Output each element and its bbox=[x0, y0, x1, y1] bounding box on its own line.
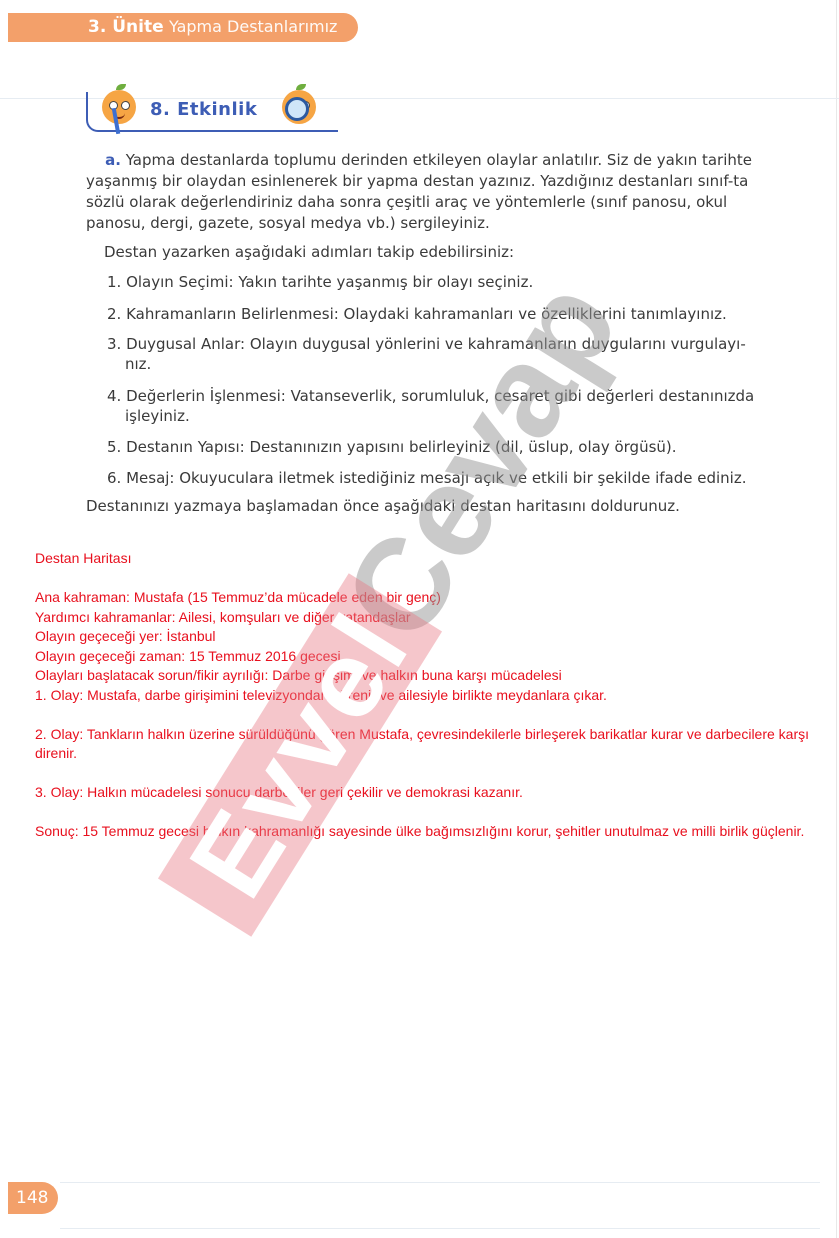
answer-line: 1. Olay: Mustafa, darbe girişimini telev… bbox=[35, 686, 830, 706]
instruction-paragraph: a. Yapma destanlarda toplumu derinden et… bbox=[86, 150, 776, 234]
answer-line: Yardımcı kahramanlar: Ailesi, komşuları … bbox=[35, 608, 830, 628]
unit-number: 3. Ünite bbox=[88, 17, 164, 37]
answer-line: Olayın geçeceği yer: İstanbul bbox=[35, 627, 830, 647]
step-item: 5. Destanın Yapısı: Destanınızın yapısın… bbox=[107, 437, 772, 457]
answer-result: Sonuç: 15 Temmuz gecesi halkın kahramanl… bbox=[35, 822, 830, 842]
step-item: 1. Olayın Seçimi: Yakın tarihte yaşanmış… bbox=[107, 272, 772, 292]
page-edge bbox=[836, 0, 837, 1238]
answer-event-2: 2. Olay: Tankların halkın üzerine sürüld… bbox=[35, 725, 830, 764]
answer-block: Destan Haritası Ana kahraman: Mustafa (1… bbox=[35, 549, 830, 842]
page-number: 148 bbox=[8, 1182, 58, 1214]
answer-heading: Destan Haritası bbox=[35, 549, 830, 569]
answer-line: Ana kahraman: Mustafa (15 Temmuz’da müca… bbox=[35, 588, 830, 608]
apple-mascot-pencil-icon bbox=[102, 90, 136, 124]
step-item: 4. Değerlerin İşlenmesi: Vatanseverlik, … bbox=[107, 386, 772, 426]
item-label: a. bbox=[105, 151, 121, 169]
answer-line: Olayları başlatacak sorun/fikir ayrılığı… bbox=[35, 666, 830, 686]
answer-line: Olayın geçeceği zaman: 15 Temmuz 2016 ge… bbox=[35, 647, 830, 667]
unit-title: Yapma Destanlarımız bbox=[169, 17, 337, 36]
activity-header: 8. Etkinlik bbox=[86, 82, 336, 130]
step-item: 6. Mesaj: Okuyuculara iletmek istediğini… bbox=[107, 468, 772, 488]
answer-event-3: 3. Olay: Halkın mücadelesi sonucu darbec… bbox=[35, 783, 830, 803]
apple-mascot-magnifier-icon bbox=[282, 90, 316, 124]
step-item: 3. Duygusal Anlar: Olayın duygusal yönle… bbox=[107, 334, 772, 374]
footer-line bbox=[60, 1182, 820, 1183]
steps-intro: Destan yazarken aşağıdaki adımları takip… bbox=[104, 242, 794, 263]
instruction-text: Yapma destanlarda toplumu derinden etkil… bbox=[86, 151, 752, 232]
unit-banner: 3. Ünite Yapma Destanlarımız bbox=[8, 13, 358, 42]
activity-title: 8. Etkinlik bbox=[150, 99, 257, 120]
closing-text: Destanınızı yazmaya başlamadan önce aşağ… bbox=[86, 496, 776, 517]
footer-line bbox=[60, 1228, 820, 1229]
step-item: 2. Kahramanların Belirlenmesi: Olaydaki … bbox=[107, 304, 772, 324]
